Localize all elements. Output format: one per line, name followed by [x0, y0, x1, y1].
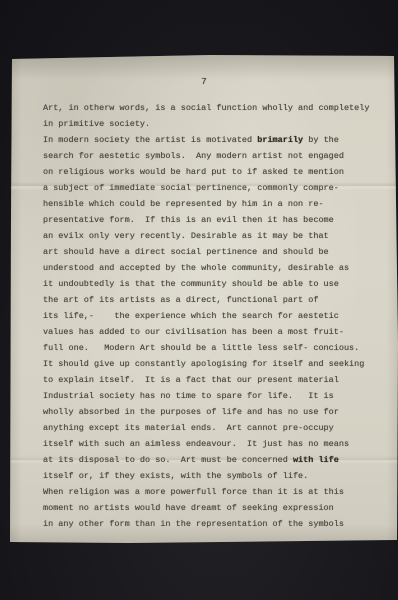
text-line: in any other form than in the representa… — [43, 516, 388, 532]
text-line: Art, in otherw words, is a social functi… — [43, 100, 388, 116]
text-line: hensible which could be represented by h… — [43, 196, 388, 212]
text-line: to explain itself. It is a fact that our… — [43, 372, 388, 388]
text-line: values has added to our civilisation has… — [43, 324, 388, 340]
text-line: a subject of immediate social pertinence… — [43, 180, 388, 196]
text-line: anything except its material ends. Art c… — [43, 420, 388, 436]
text-line: the art of its artists as a direct, func… — [43, 292, 388, 308]
text-line: in primitive society. — [43, 116, 388, 132]
text-line: itself or, if they exists, with the symb… — [43, 468, 388, 484]
text-line: on religious works would be hard put to … — [43, 164, 388, 180]
text-line: When religion was a more powerfull force… — [43, 484, 388, 500]
page-number: 7 — [10, 76, 398, 87]
text-line: In modern society the artist is motivate… — [43, 132, 388, 148]
text-line: itself with such an aimless endeavour. I… — [43, 436, 388, 452]
text-line: search for aestetic symbols. Any modern … — [43, 148, 388, 164]
text-line: It should give up constantly apologising… — [43, 356, 388, 372]
document-page: 7 Art, in otherw words, is a social func… — [10, 54, 398, 544]
text-line: moment no artists would have dreamt of s… — [43, 500, 388, 516]
text-line: it undoubtedly is that the community sho… — [43, 276, 388, 292]
typewritten-text: Art, in otherw words, is a social functi… — [43, 100, 388, 532]
photo-background: 7 Art, in otherw words, is a social func… — [0, 0, 398, 600]
text-line: wholly absorbed in the purposes of life … — [43, 404, 388, 420]
text-line: at its disposal to do so. Art must be co… — [43, 452, 388, 468]
text-line: full one. Modern Art should be a little … — [43, 340, 388, 356]
text-line: understood and accepted by the whole com… — [43, 260, 388, 276]
text-line: art should have a direct social pertinen… — [43, 244, 388, 260]
text-line: Industrial society has no time to spare … — [43, 388, 388, 404]
text-line: its life,- the experience which the sear… — [43, 308, 388, 324]
text-line: an evilx only very recently. Desirable a… — [43, 228, 388, 244]
text-line: presentative form. If this is an evil th… — [43, 212, 388, 228]
